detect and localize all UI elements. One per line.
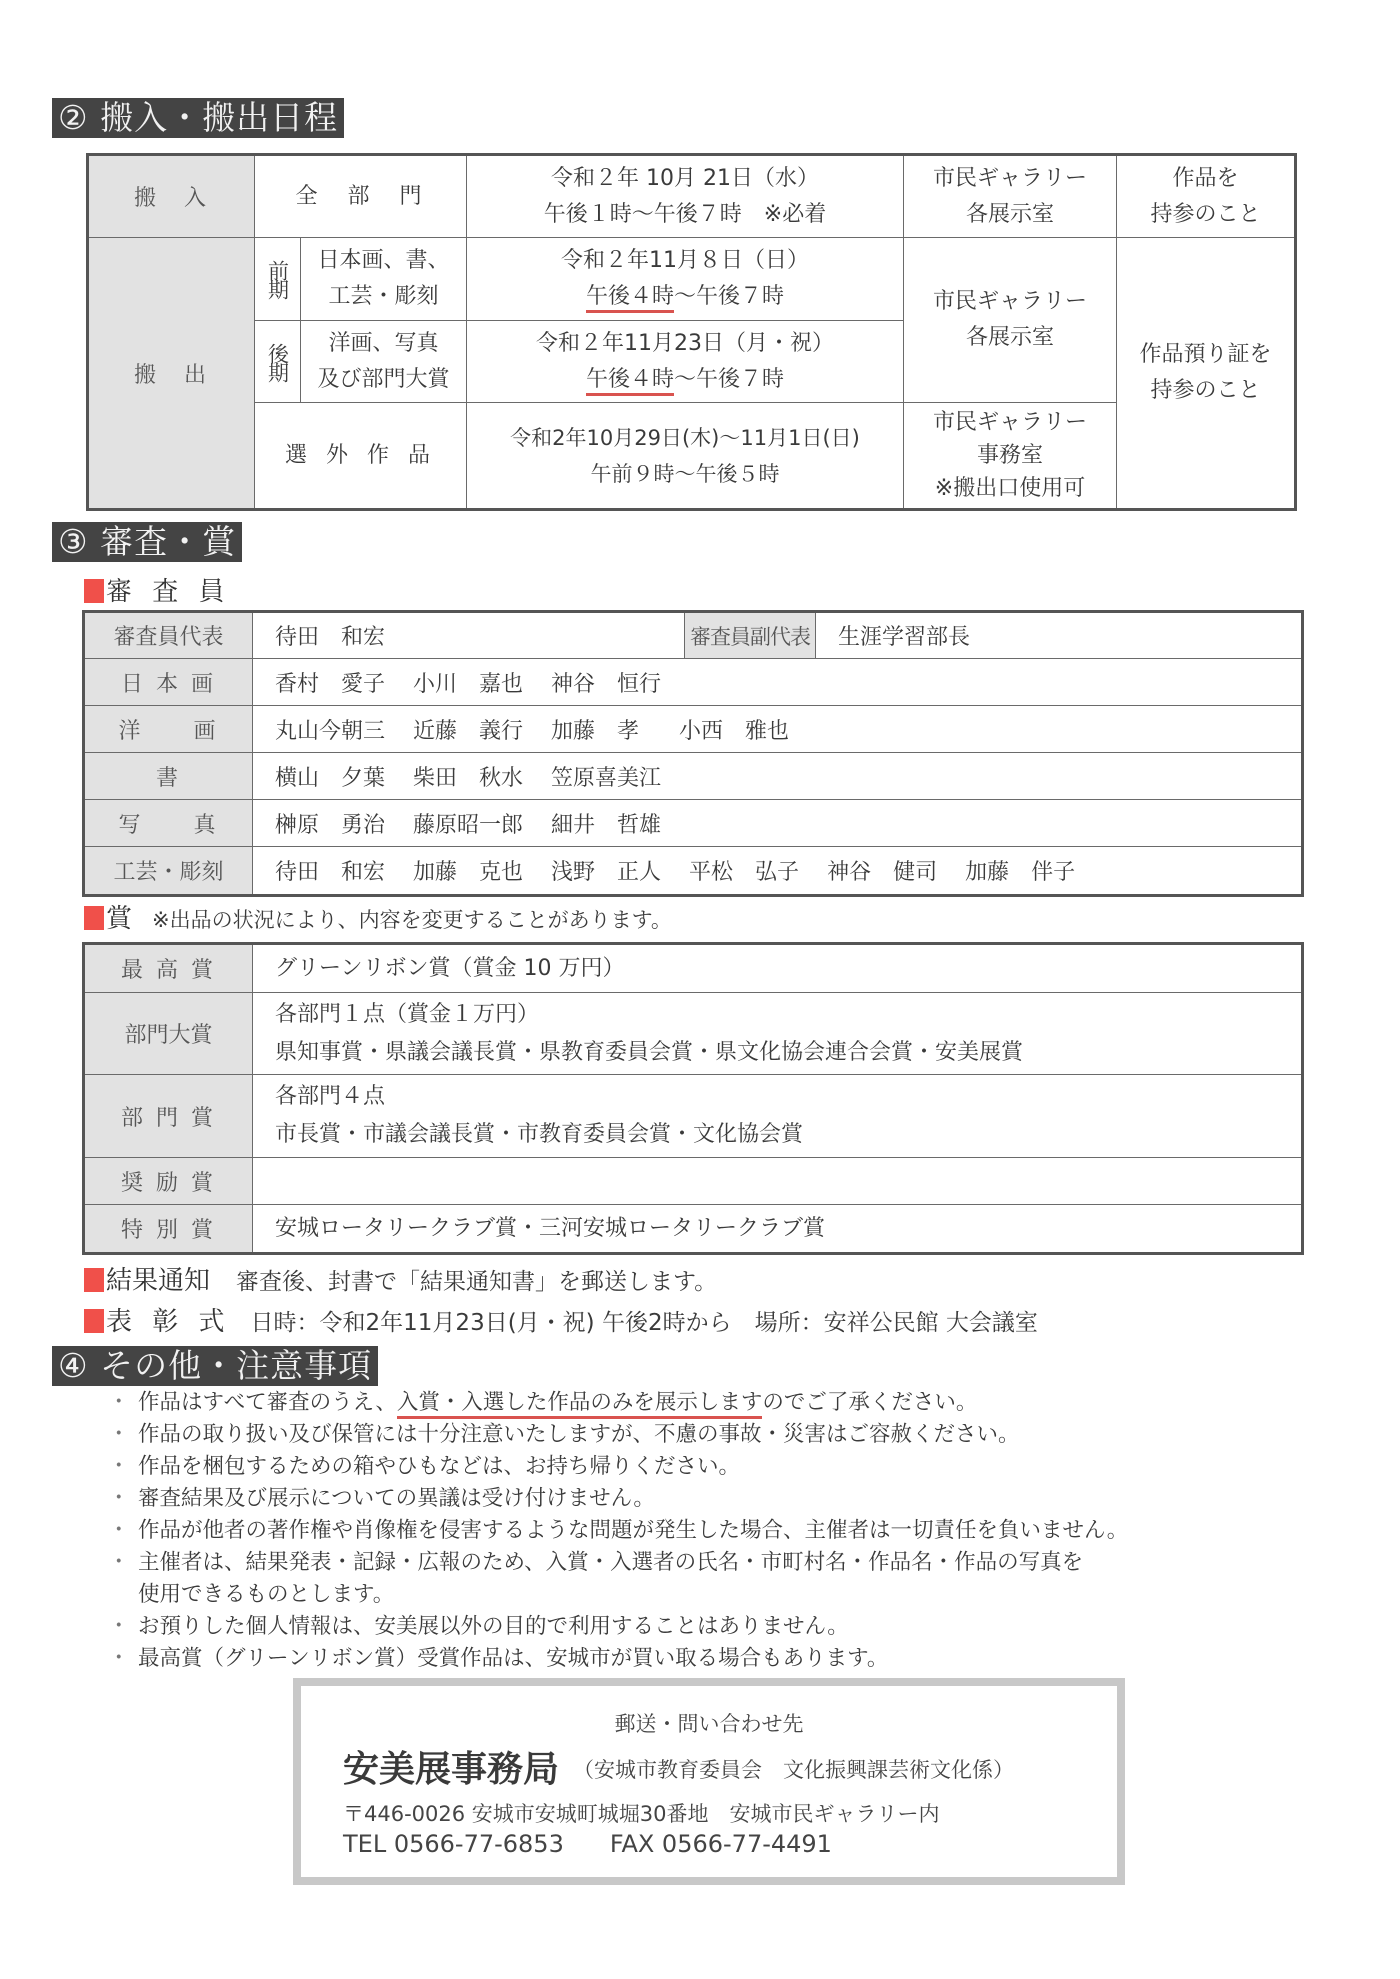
prize-detail: 各部門４点 市長賞・市議会議長賞・市教育委員会賞・文化協会賞 [253, 1075, 1302, 1158]
delivery-in-date: 令和２年 10月 21日（水） 午後１時〜午後７時 ※必着 [467, 156, 904, 238]
list-item: 作品の取り扱い及び保管には十分注意いたしますが、不慮の事故・災害はご容赦ください… [108, 1419, 1128, 1451]
dept-late: 洋画、写真 及び部門大賞 [301, 321, 467, 403]
red-square-icon [84, 579, 104, 603]
dept-line: 洋画、写真 [301, 326, 466, 362]
date-line: 令和２年11月８日（日） [467, 243, 903, 279]
prize-label: 特 別 賞 [85, 1205, 253, 1253]
prize-detail [253, 1158, 1302, 1205]
time-rest: 〜午後７時 [674, 284, 784, 309]
dept-line: 工芸・彫刻 [301, 279, 466, 315]
red-square-icon [84, 1268, 104, 1292]
judge-name: 神谷 健司 [827, 855, 937, 886]
list-item: お預りした個人情報は、安美展以外の目的で利用することはありません。 [108, 1611, 1128, 1643]
vice-rep-label: 審査員副代表 [685, 613, 816, 659]
judges-row-label: 写 真 [85, 800, 253, 847]
judges-row-names: 横山 夕葉柴田 秋水笠原喜美江 [253, 753, 1302, 800]
judge-name: 加藤 克也 [413, 855, 523, 886]
underlined-time: 午後４時 [586, 367, 674, 396]
note-text: のでご了承ください。 [762, 1390, 977, 1415]
place-line: 各展示室 [904, 320, 1116, 356]
delivery-in-place: 市民ギャラリー 各展示室 [904, 156, 1117, 238]
phone-line: TEL 0566-77-6853FAX 0566-77-4491 [343, 1830, 832, 1858]
address: 〒446-0026 安城市安城町城堀30番地 安城市民ギャラリー内 [343, 1798, 940, 1828]
prize-line: 各部門１点（賞金１万円） [275, 996, 1301, 1034]
list-item: 審査結果及び展示についての異議は受け付けません。 [108, 1483, 1128, 1515]
judge-name: 細井 哲雄 [551, 808, 661, 839]
dept-rejected: 選 外 作 品 [255, 403, 467, 509]
ceremony-text: 日時：令和2年11月23日(月・祝) 午後2時から 場所：安祥公民館 大会議室 [251, 1310, 1038, 1336]
prizes-note: ※出品の状況により、内容を変更することがあります。 [152, 908, 672, 932]
dept-all: 全 部 門 [255, 156, 467, 238]
section-3-header: ③ 審査・賞 [52, 522, 242, 562]
judges-row-label: 日 本 画 [85, 659, 253, 706]
place-line: ※搬出口使用可 [904, 472, 1116, 505]
result-text: 審査後、封書で「結果通知書」を郵送します。 [236, 1269, 717, 1295]
contact-box: 郵送・問い合わせ先 安美展事務局（安城市教育委員会 文化振興課芸術文化係） 〒4… [293, 1678, 1125, 1885]
judges-row-names: 香村 愛子小川 嘉也神谷 恒行 [253, 659, 1302, 706]
list-item: 作品を梱包するための箱やひもなどは、お持ち帰りください。 [108, 1451, 1128, 1483]
prize-line: 県知事賞・県議会議長賞・県教育委員会賞・県文化協会連合会賞・安美展賞 [275, 1034, 1301, 1072]
judge-name: 加藤 孝 [551, 714, 639, 745]
judges-row-label: 書 [85, 753, 253, 800]
place-line: 各展示室 [904, 197, 1116, 233]
office-line: 安美展事務局（安城市教育委員会 文化振興課芸術文化係） [343, 1741, 1014, 1792]
judges-row-names: 待田 和宏加藤 克也浅野 正人平松 弘子神谷 健司加藤 伴子 [253, 847, 1302, 895]
prizes-heading-text: 賞 [106, 904, 132, 934]
judge-name: 笠原喜美江 [551, 761, 661, 792]
office-name: 安美展事務局 [343, 1749, 559, 1790]
judge-name: 近藤 義行 [413, 714, 523, 745]
vice-rep-value: 生涯学習部長 [816, 613, 1302, 659]
place-line: 市民ギャラリー [904, 161, 1116, 197]
early-date: 令和２年11月８日（日） 午後４時〜午後７時 [467, 238, 904, 321]
place-line: 事務室 [904, 439, 1116, 472]
prizes-heading: 賞※出品の状況により、内容を変更することがあります。 [84, 904, 672, 935]
time-line: 午後４時〜午後７時 [467, 362, 903, 398]
label-delivery-in: 搬 入 [89, 156, 255, 238]
judge-name: 平松 弘子 [689, 855, 799, 886]
time-line: 午後１時〜午後７時 ※必着 [467, 197, 903, 233]
date-line: 令和2年10月29日(木)〜11月1日(日) [467, 420, 903, 456]
judges-heading-text: 審 査 員 [106, 577, 231, 607]
period-early: 前期 [255, 238, 301, 321]
prize-label: 部門大賞 [85, 993, 253, 1075]
office-sub: （安城市教育委員会 文化振興課芸術文化係） [573, 1758, 1014, 1782]
dept-early: 日本画、書、 工芸・彫刻 [301, 238, 467, 321]
note-line: 作品を [1117, 161, 1294, 197]
notes-list: 作品はすべて審査のうえ、入賞・入選した作品のみを展示しますのでご了承ください。 … [108, 1387, 1128, 1675]
section-2-header: ② 搬入・搬出日程 [52, 98, 344, 138]
note-line: 作品預り証を [1117, 337, 1294, 373]
prize-line: 各部門４点 [275, 1078, 1301, 1116]
underlined-note: 入賞・入選した作品のみを展示します [397, 1390, 763, 1419]
time-line: 午前９時〜午後５時 [467, 456, 903, 492]
judge-name: 加藤 伴子 [965, 855, 1075, 886]
place-line: 市民ギャラリー [904, 406, 1116, 439]
judge-name: 柴田 秋水 [413, 761, 523, 792]
label-delivery-out: 搬 出 [89, 238, 255, 509]
schedule-table: 搬 入 全 部 門 令和２年 10月 21日（水） 午後１時〜午後７時 ※必着 … [88, 155, 1295, 509]
judge-name: 藤原昭一郎 [413, 808, 523, 839]
contact-heading: 郵送・問い合わせ先 [301, 1708, 1117, 1738]
section-4-header: ④ その他・注意事項 [52, 1346, 378, 1386]
judges-row-label: 洋 画 [85, 706, 253, 753]
judge-name: 浅野 正人 [551, 855, 661, 886]
note-text: 作品はすべて審査のうえ、 [138, 1390, 397, 1415]
delivery-out-place: 市民ギャラリー 各展示室 [904, 238, 1117, 403]
ceremony: 表 彰 式日時：令和2年11月23日(月・祝) 午後2時から 場所：安祥公民館 … [84, 1307, 1038, 1338]
judge-name: 横山 夕葉 [275, 761, 385, 792]
date-line: 令和２年11月23日（月・祝） [467, 326, 903, 362]
rep-label: 審査員代表 [85, 613, 253, 659]
judges-table: 審査員代表 待田 和宏 審査員副代表 生涯学習部長 日 本 画 香村 愛子小川 … [84, 612, 1302, 895]
list-item: 作品はすべて審査のうえ、入賞・入選した作品のみを展示しますのでご了承ください。 [108, 1387, 1128, 1419]
rejected-date: 令和2年10月29日(木)〜11月1日(日) 午前９時〜午後５時 [467, 403, 904, 509]
judges-heading: 審 査 員 [84, 577, 231, 607]
time-line: 午後４時〜午後７時 [467, 279, 903, 315]
prizes-table: 最 高 賞 グリーンリボン賞（賞金 10 万円） 部門大賞 各部門１点（賞金１万… [84, 944, 1302, 1253]
note-line: 持参のこと [1117, 197, 1294, 233]
result-notice: 結果通知審査後、封書で「結果通知書」を郵送します。 [84, 1266, 717, 1297]
list-item-continuation: 使用できるものとします。 [108, 1579, 1128, 1611]
prize-label: 奨 励 賞 [85, 1158, 253, 1205]
red-square-icon [84, 906, 104, 930]
time-rest: 〜午後７時 [674, 367, 784, 392]
judge-name: 丸山今朝三 [275, 714, 385, 745]
prize-label: 最 高 賞 [85, 945, 253, 993]
prize-detail: グリーンリボン賞（賞金 10 万円） [253, 945, 1302, 993]
prize-line: 市長賞・市議会議長賞・市教育委員会賞・文化協会賞 [275, 1116, 1301, 1154]
list-item: 最高賞（グリーンリボン賞）受賞作品は、安城市が買い取る場合もあります。 [108, 1643, 1128, 1675]
tel: TEL 0566-77-6853 [343, 1830, 564, 1858]
delivery-in-note: 作品を 持参のこと [1117, 156, 1295, 238]
result-heading: 結果通知 [106, 1266, 210, 1296]
note-line: 持参のこと [1117, 373, 1294, 409]
fax: FAX 0566-77-4491 [610, 1830, 832, 1858]
list-item: 主催者は、結果発表・記録・広報のため、入賞・入選者の氏名・市町村名・作品名・作品… [108, 1547, 1128, 1579]
judge-name: 待田 和宏 [275, 855, 385, 886]
judge-name: 香村 愛子 [275, 667, 385, 698]
dept-line: 及び部門大賞 [301, 362, 466, 398]
red-square-icon [84, 1309, 104, 1333]
judge-name: 小西 雅也 [679, 714, 789, 745]
place-line: 市民ギャラリー [904, 284, 1116, 320]
underlined-time: 午後４時 [586, 284, 674, 313]
late-date: 令和２年11月23日（月・祝） 午後４時〜午後７時 [467, 321, 904, 403]
delivery-out-note: 作品預り証を 持参のこと [1117, 238, 1295, 509]
period-late: 後期 [255, 321, 301, 403]
list-item: 作品が他者の著作権や肖像権を侵害するような問題が発生した場合、主催者は一切責任を… [108, 1515, 1128, 1547]
judge-name: 榊原 勇治 [275, 808, 385, 839]
judge-name: 神谷 恒行 [551, 667, 661, 698]
prize-detail: 各部門１点（賞金１万円） 県知事賞・県議会議長賞・県教育委員会賞・県文化協会連合… [253, 993, 1302, 1075]
dept-line: 日本画、書、 [301, 243, 466, 279]
prize-detail: 安城ロータリークラブ賞・三河安城ロータリークラブ賞 [253, 1205, 1302, 1253]
rejected-place: 市民ギャラリー 事務室 ※搬出口使用可 [904, 403, 1117, 509]
ceremony-heading: 表 彰 式 [106, 1307, 231, 1337]
prize-label: 部 門 賞 [85, 1075, 253, 1158]
judges-row-names: 榊原 勇治藤原昭一郎細井 哲雄 [253, 800, 1302, 847]
rep-value: 待田 和宏 [253, 613, 685, 659]
judges-row-label: 工芸・彫刻 [85, 847, 253, 895]
date-line: 令和２年 10月 21日（水） [467, 161, 903, 197]
judges-row-names: 丸山今朝三近藤 義行加藤 孝小西 雅也 [253, 706, 1302, 753]
judge-name: 小川 嘉也 [413, 667, 523, 698]
